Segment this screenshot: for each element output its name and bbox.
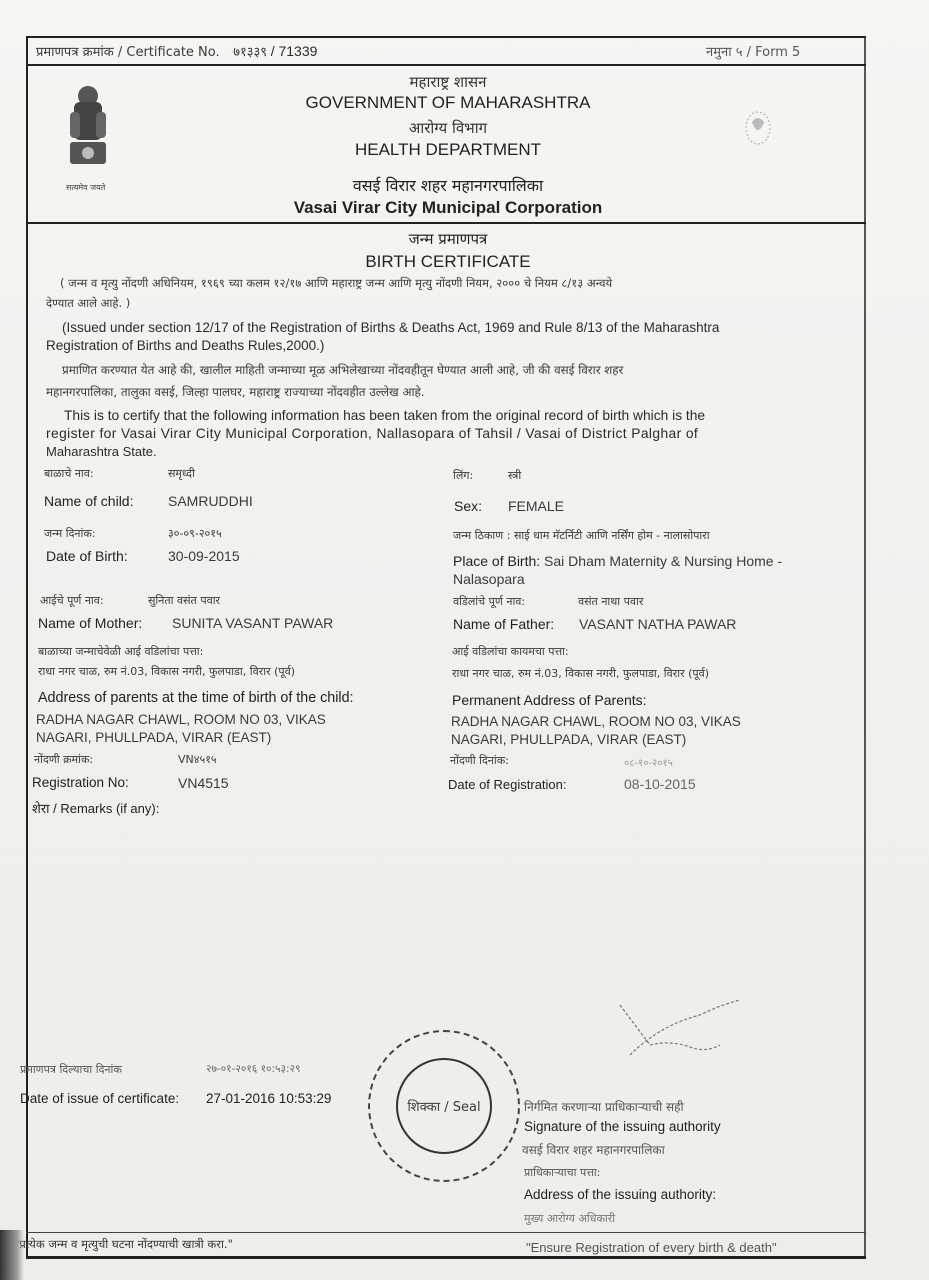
dob-label-marathi: जन्म दिनांक: (44, 526, 96, 541)
mother-label: Name of Mother: (38, 615, 142, 631)
emblem-caption: सत्यमेव जयते (66, 182, 105, 193)
address-birth-label: Address of parents at the time of birth … (38, 690, 354, 706)
top-rule (26, 36, 866, 38)
sex-value-marathi: स्त्री (508, 468, 521, 483)
authority-address-label: Address of the issuing authority: (524, 1187, 716, 1202)
mother-label-marathi: आईचे पूर्ण नाव: (40, 593, 104, 608)
certify-marathi-line1: प्रमाणित करण्यात येत आहे की, खालील माहित… (62, 362, 623, 378)
place-value-marathi: साई धाम मॅटर्निटी आणि नर्सिंग होम - नाला… (514, 529, 710, 542)
bottom-rule (26, 1256, 866, 1259)
address-perm-value-line1: RADHA NAGAR CHAWL, ROOM NO 03, VIKAS (451, 714, 741, 729)
seal-label: शिक्का / Seal (396, 1058, 492, 1154)
address-birth-value-marathi: राधा नगर चाळ, रुम नं.03, विकास नगरी, फुल… (38, 664, 295, 679)
reg-no-value: VN4515 (178, 775, 229, 791)
mother-value: SUNITA VASANT PAWAR (172, 615, 333, 631)
certify-line3: Maharashtra State. (46, 444, 157, 459)
seal-text: शिक्का / Seal (407, 1097, 480, 1115)
certificate-number: प्रमाणपत्र क्रमांक / Certificate No. ७१३… (36, 42, 317, 60)
remarks-label: शेरा / Remarks (if any): (32, 799, 159, 817)
address-perm-value-marathi: राधा नगर चाळ, रुम नं.03, विकास नगरी, फुल… (452, 666, 709, 681)
official-seal: शिक्का / Seal (368, 1030, 520, 1182)
issue-date-value-marathi: २७-०१-२०१६ १०:५३:२९ (206, 1062, 300, 1076)
cert-no-marathi: ७१३३९ (233, 45, 267, 60)
father-label-marathi: वडिलांचे पूर्ण नाव: (453, 594, 525, 609)
reg-no-label-marathi: नोंदणी क्रमांक: (34, 752, 93, 767)
father-label: Name of Father: (453, 616, 554, 632)
child-name-label-marathi: बाळाचे नाव: (44, 466, 94, 481)
state-emblem-icon (64, 82, 112, 182)
reg-date-value: 08-10-2015 (624, 776, 696, 792)
sex-value: FEMALE (508, 498, 564, 514)
statute-line2: Registration of Births and Deaths Rules,… (46, 338, 324, 353)
place-value-line2: Nalasopara (453, 571, 525, 587)
reg-date-label-marathi: नोंदणी दिनांक: (450, 753, 509, 768)
cert-no-label: प्रमाणपत्र क्रमांक / Certificate No. (36, 45, 220, 60)
address-birth-label-marathi: बाळाच्या जन्माचेवेळी आई वडिलांचा पत्ता: (38, 644, 203, 659)
address-birth-value-line1: RADHA NAGAR CHAWL, ROOM NO 03, VIKAS (36, 712, 326, 727)
certify-marathi-line2: महानगरपालिका, तालुका वसई, जिल्हा पालघर, … (46, 384, 425, 400)
mother-value-marathi: सुनिता वसंत पवार (148, 593, 220, 608)
authority-officer-marathi: मुख्य आरोग्य अधिकारी (524, 1211, 615, 1226)
footer-rule (26, 1232, 866, 1233)
dob-value: 30-09-2015 (168, 548, 240, 564)
reg-no-value-marathi: VN४५१५ (178, 752, 217, 767)
form-number: नमुना ५ / Form 5 (706, 42, 800, 60)
dept-title-marathi: आरोग्य विभाग (130, 118, 766, 138)
dob-value-marathi: ३०-०९-२०१५ (168, 526, 222, 541)
dob-label: Date of Birth: (46, 548, 128, 564)
reg-no-label: Registration No: (32, 775, 129, 790)
gov-title: GOVERNMENT OF MAHARASHTRA (130, 93, 766, 113)
reg-date-value-marathi: ०८-१०-२०१५ (624, 755, 673, 769)
place-label-marathi-text: जन्म ठिकाण : (453, 529, 510, 542)
child-name-value: SAMRUDDHI (168, 493, 253, 509)
footer-english: "Ensure Registration of every birth & de… (526, 1240, 777, 1255)
statute-marathi-line2: देण्यात आले आहे. ) (46, 296, 130, 311)
signature-label-marathi: निर्गमित करणाऱ्या प्राधिकाऱ्याची सही (524, 1098, 684, 1115)
page-edge-shadow (0, 1230, 24, 1280)
issue-date-label-marathi: प्रमाणपत्र दिल्याचा दिनांक (20, 1062, 122, 1077)
address-perm-value-line2: NAGARI, PHULLPADA, VIRAR (EAST) (451, 732, 686, 747)
corp-title: Vasai Virar City Municipal Corporation (130, 198, 766, 218)
address-perm-label: Permanent Address of Parents: (452, 692, 647, 708)
certificate-page: प्रमाणपत्र क्रमांक / Certificate No. ७१३… (0, 0, 929, 1280)
place-of-birth: Place of Birth: Sai Dham Maternity & Nur… (453, 553, 782, 569)
authority-address-label-marathi: प्राधिकाऱ्याचा पत्ता: (524, 1165, 600, 1180)
issue-date-label: Date of issue of certificate: (20, 1091, 179, 1106)
cert-no-value: / 71339 (271, 43, 318, 59)
issue-date-value: 27-01-2016 10:53:29 (206, 1091, 331, 1106)
place-value: Sai Dham Maternity & Nursing Home - (544, 553, 782, 569)
corp-title-marathi: वसई विरार शहर महानगरपालिका (130, 174, 766, 196)
address-perm-label-marathi: आई वडिलांचा कायमचा पत्ता: (452, 644, 569, 659)
child-name-label: Name of child: (44, 493, 133, 509)
doc-title: BIRTH CERTIFICATE (130, 252, 766, 272)
father-value-marathi: वसंत नाथा पवार (578, 594, 643, 609)
header-rule (26, 64, 866, 66)
sex-label-marathi: लिंग: (453, 468, 473, 483)
sex-label: Sex: (454, 498, 482, 514)
father-value: VASANT NATHA PAWAR (579, 616, 736, 632)
reg-date-label: Date of Registration: (448, 777, 567, 792)
address-birth-value-line2: NAGARI, PHULLPADA, VIRAR (EAST) (36, 730, 271, 745)
authority-corp-marathi: वसई विरार शहर महानगरपालिका (522, 1141, 665, 1158)
gov-title-marathi: महाराष्ट्र शासन (130, 72, 766, 92)
certify-line1: This is to certify that the following in… (64, 408, 705, 423)
certify-line2: register for Vasai Virar City Municipal … (46, 426, 698, 441)
statute-line1: (Issued under section 12/17 of the Regis… (62, 320, 719, 335)
footer-marathi: "प्रत्येक जन्म व मृत्युची घटना नोंदण्याच… (14, 1237, 233, 1252)
signature-label: Signature of the issuing authority (524, 1119, 721, 1134)
dept-title: HEALTH DEPARTMENT (130, 140, 766, 160)
doc-title-marathi: जन्म प्रमाणपत्र (130, 229, 766, 249)
place-label: Place of Birth: (453, 553, 540, 569)
title-rule (26, 222, 866, 224)
statute-marathi-line1: ( जन्म व मृत्यु नोंदणी अधिनियम, १९६९ च्य… (60, 276, 612, 291)
place-label-marathi: जन्म ठिकाण : साई धाम मॅटर्निटी आणि नर्सि… (453, 528, 843, 543)
signature-scribble-icon (590, 985, 760, 1065)
child-name-value-marathi: समृध्दी (168, 466, 195, 481)
